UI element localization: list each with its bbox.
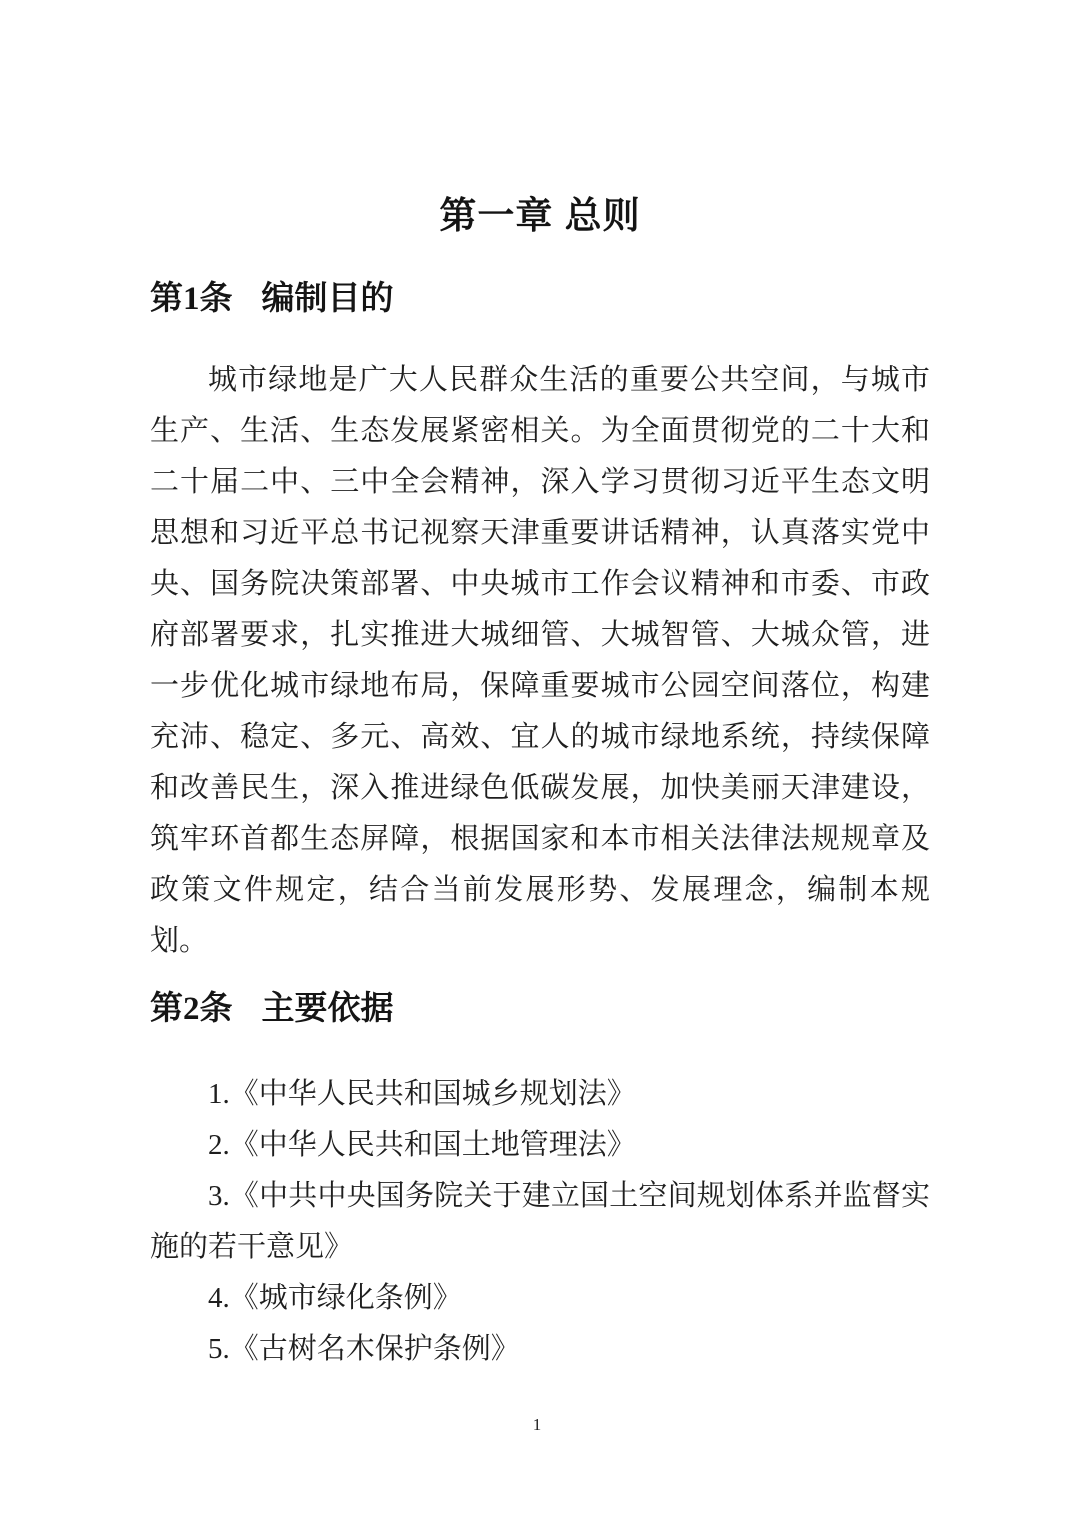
list-item-text: 《中共中央国务院关于建立国土空间规划体系并监督实施的若干意见》: [150, 1180, 930, 1263]
list-item-number: 2.: [208, 1129, 230, 1161]
list-item-number: 1.: [208, 1078, 230, 1110]
list-item-text: 《古树名木保护条例》: [230, 1333, 520, 1365]
list-item: 4.《城市绿化条例》: [150, 1273, 930, 1324]
list-item-text: 《中华人民共和国城乡规划法》: [230, 1078, 636, 1110]
chapter-title: 第一章 总则: [150, 190, 930, 241]
list-item: 5.《古树名木保护条例》: [150, 1324, 930, 1375]
legal-basis-list: 1.《中华人民共和国城乡规划法》 2.《中华人民共和国土地管理法》 3.《中共中…: [150, 1069, 930, 1375]
list-item-number: 5.: [208, 1333, 230, 1365]
article-1-heading: 第1条编制目的: [150, 274, 930, 325]
article-2-number: 第2条: [150, 991, 233, 1027]
article-2-heading: 第2条主要依据: [150, 984, 930, 1035]
document-page: 第一章 总则 第1条编制目的 城市绿地是广大人民群众生活的重要公共空间，与城市生…: [150, 0, 930, 1375]
list-item-number: 4.: [208, 1282, 230, 1314]
article-1-number: 第1条: [150, 281, 233, 317]
list-item: 1.《中华人民共和国城乡规划法》: [150, 1069, 930, 1120]
page-number: 1: [0, 1412, 1074, 1438]
list-item-text: 《中华人民共和国土地管理法》: [230, 1129, 636, 1161]
list-item-number: 3.: [208, 1180, 230, 1212]
list-item: 3.《中共中央国务院关于建立国土空间规划体系并监督实施的若干意见》: [150, 1171, 930, 1273]
list-item-text: 《城市绿化条例》: [230, 1282, 462, 1314]
list-item: 2.《中华人民共和国土地管理法》: [150, 1120, 930, 1171]
article-2-title: 主要依据: [262, 991, 394, 1027]
article-1-body-paragraph: 城市绿地是广大人民群众生活的重要公共空间，与城市生产、生活、生态发展紧密相关。为…: [150, 355, 930, 967]
article-1-title: 编制目的: [262, 281, 394, 317]
